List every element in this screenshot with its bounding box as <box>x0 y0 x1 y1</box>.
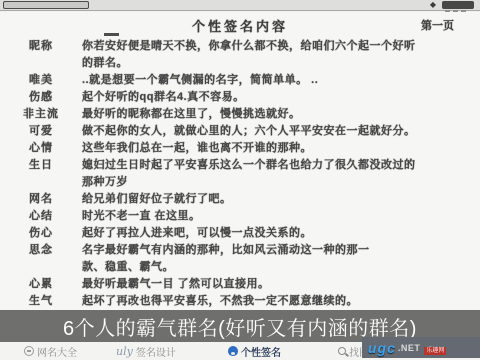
table-row: 伤感起个好听的qq群名4.真不容易。 <box>0 89 480 106</box>
row-keyword[interactable]: 心累 <box>0 276 82 293</box>
nav-item-网名大全[interactable]: 网名大全 <box>24 342 77 360</box>
page-title: 个性签名内容 <box>0 16 480 35</box>
table-row: 可爱做不起你的女人，就做心里的人；六个人平平安安在一起就好分。 <box>0 123 480 140</box>
table-row: 生日媳妇过生日时起了平安喜乐这么一个群名也给力了很久都没改过的那种万岁 <box>0 157 480 191</box>
status-bar: ◆ <box>0 0 480 11</box>
row-content: 最好听的昵称都在这里了，慢慢挑选就好。 <box>82 106 480 123</box>
table-row: 伤心起好了再拉人进来吧，可以慢一点没关系的。 <box>0 225 480 242</box>
title-dash <box>104 33 119 36</box>
row-keyword[interactable]: 生气 <box>0 293 82 310</box>
row-keyword[interactable]: 网名 <box>0 191 82 208</box>
table-row: 昵称你若安好便是晴天不换，你拿什么都不换，给咱们六个起一个好听的群名。 <box>0 38 480 72</box>
row-content: 这些年我们总在一起，谁也离不开谁的那种。 <box>82 140 480 157</box>
row-content: 最好听最霸气一目 了然可以直接用。 <box>82 276 480 293</box>
row-keyword[interactable]: 伤感 <box>0 89 82 106</box>
table-row: 心累最好听最霸气一目 了然可以直接用。 <box>0 276 480 293</box>
row-keyword[interactable]: 可爱 <box>0 123 82 140</box>
row-content: 给兄弟们留好位子就行了吧。 <box>82 191 480 208</box>
row-content: 你若安好便是晴天不换，你拿什么都不换，给咱们六个起一个好听的群名。 <box>82 38 480 72</box>
row-keyword[interactable]: 唯美 <box>0 72 82 89</box>
penguin-icon <box>228 346 238 356</box>
table-row: 唯美..就是想要一个霸气侧漏的名字，简简单单。 .. <box>0 72 480 89</box>
table-row: 非主流最好听的昵称都在这里了，慢慢挑选就好。 <box>0 106 480 123</box>
row-content: 时光不老一直 在这里。 <box>82 208 480 225</box>
table-row: 网名给兄弟们留好位子就行了吧。 <box>0 191 480 208</box>
nav-item-label: 个性签名 <box>241 344 281 359</box>
row-content: 名字最好霸气有内涵的那种，比如风云涌动这一种的那一款、稳重、霸气。 <box>82 242 480 276</box>
battery-time-block <box>442 1 474 9</box>
row-keyword[interactable]: 昵称 <box>0 38 82 55</box>
table-row: 生气起坏了再改也得平安喜乐，不然我一定不愿意继续的。 <box>0 293 480 310</box>
network-icon: ◆ <box>430 1 436 9</box>
table-row: 思念名字最好霸气有内涵的那种，比如风云涌动这一种的那一款、稳重、霸气。 <box>0 242 480 276</box>
row-keyword[interactable]: 心结 <box>0 208 82 225</box>
row-content: 起好了再拉人进来吧，可以慢一点没关系的。 <box>82 225 480 242</box>
nav-item-签名设计[interactable]: uly签名设计 <box>116 342 176 360</box>
signature-icon: uly <box>116 345 133 358</box>
content-page: 个性签名内容 第一页 昵称你若安好便是晴天不换，你拿什么都不换，给咱们六个起一个… <box>0 12 480 312</box>
row-content: 媳妇过生日时起了平安喜乐这么一个群名也给力了很久都没改过的那种万岁 <box>82 157 480 191</box>
row-keyword[interactable]: 生日 <box>0 157 82 174</box>
row-content: 起个好听的qq群名4.真不容易。 <box>82 89 480 106</box>
table-row: 心情这些年我们总在一起，谁也离不开谁的那种。 <box>0 140 480 157</box>
page-number[interactable]: 第一页 <box>421 17 454 33</box>
logo-letters: ugc <box>368 340 396 356</box>
content-table: 昵称你若安好便是晴天不换，你拿什么都不换，给咱们六个起一个好听的群名。唯美..就… <box>0 38 480 312</box>
row-content: 起坏了再改也得平安喜乐，不然我一定不愿意继续的。 <box>82 293 480 310</box>
site-logo[interactable]: ugc .NET 乐趣网 <box>362 337 480 358</box>
smiley-icon <box>24 346 34 356</box>
carrier-signal-pill <box>3 1 89 9</box>
logo-net-text: .NET <box>398 343 421 353</box>
row-keyword[interactable]: 思念 <box>0 242 82 259</box>
table-row: 心结时光不老一直 在这里。 <box>0 208 480 225</box>
nav-item-label: 签名设计 <box>136 344 176 359</box>
magnifier-icon <box>338 347 346 355</box>
row-content: 做不起你的女人，就做心里的人；六个人平平安安在一起就好分。 <box>82 123 480 140</box>
title-row: 个性签名内容 第一页 <box>0 12 480 36</box>
row-keyword[interactable]: 伤心 <box>0 225 82 242</box>
row-keyword[interactable]: 非主流 <box>0 106 82 123</box>
logo-tag: 乐趣网 <box>424 347 446 355</box>
row-content: ..就是想要一个霸气侧漏的名字，简简单单。 .. <box>82 72 480 89</box>
nav-item-label: 网名大全 <box>37 344 77 359</box>
row-keyword[interactable]: 心情 <box>0 140 82 157</box>
nav-item-个性签名[interactable]: 个性签名 <box>228 342 281 360</box>
